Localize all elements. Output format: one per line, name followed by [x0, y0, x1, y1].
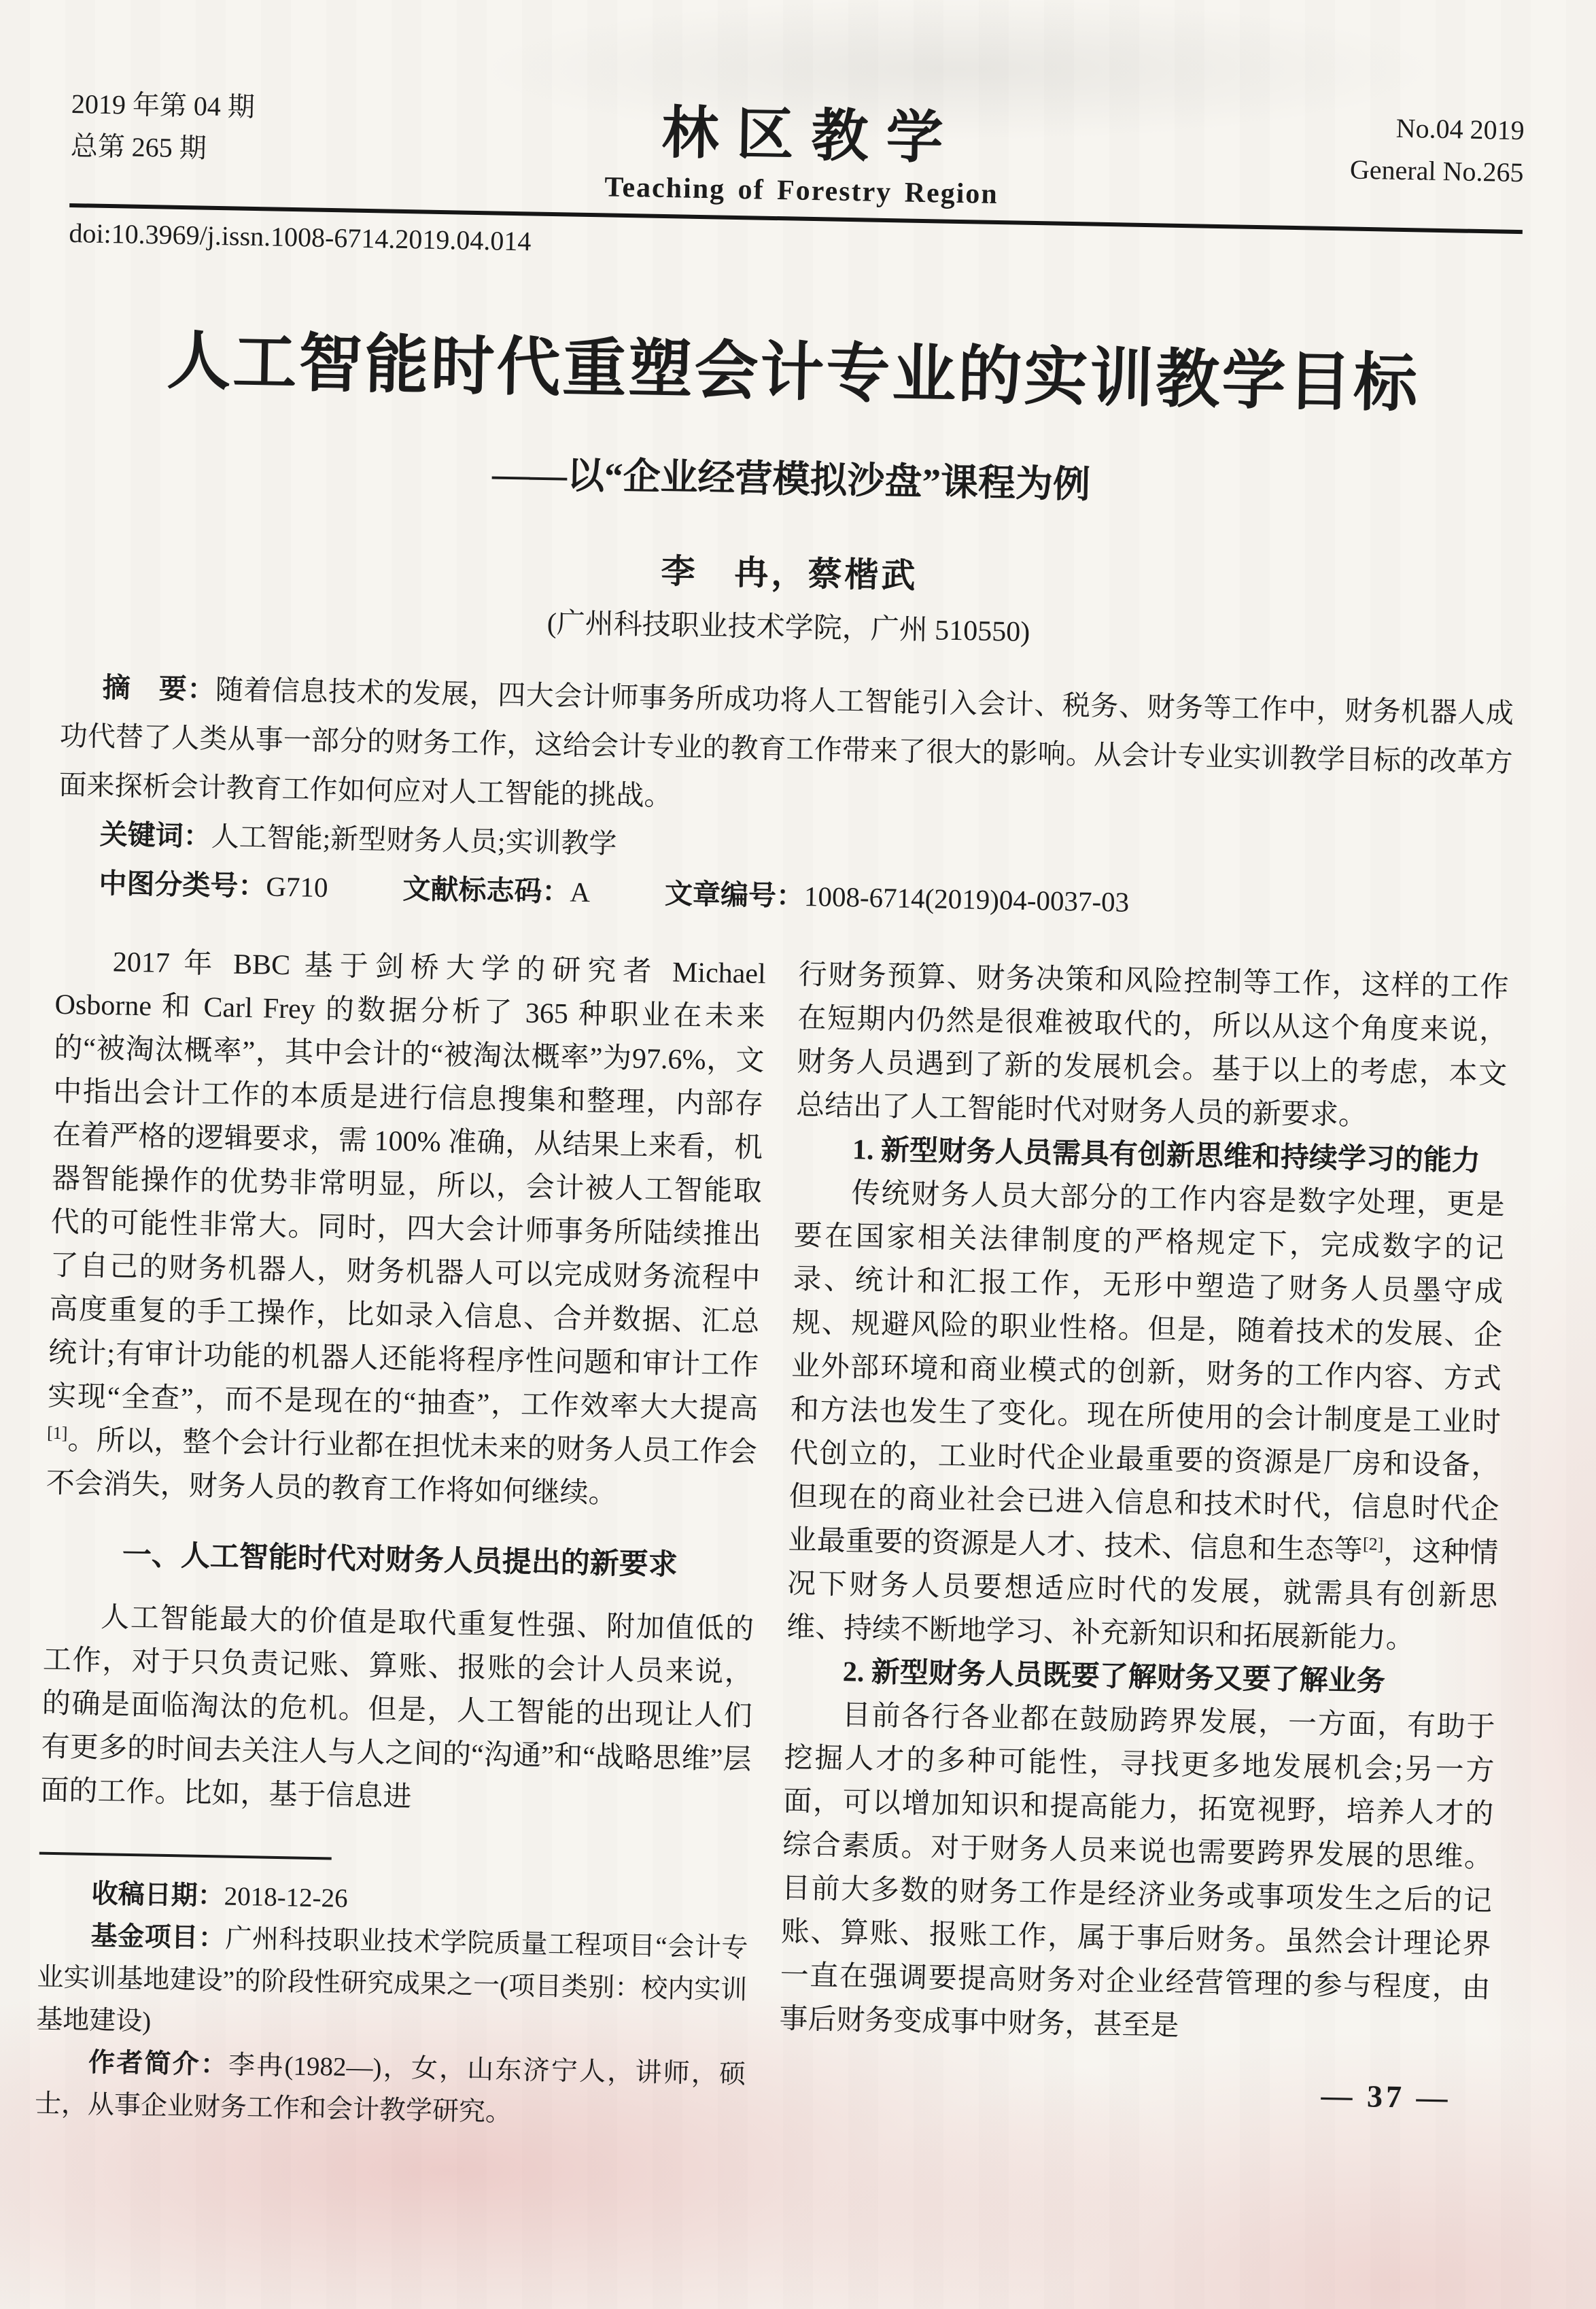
journal-name-en: Teaching of Forestry Region: [604, 171, 999, 211]
body-paragraph: 人工智能最大的价值是取代重复性强、附加值低的工作，对于只负责记账、算账、报账的会…: [40, 1595, 754, 1826]
document-code: 文献标志码：A: [402, 864, 591, 917]
right-column: 行财务预算、财务决策和风险控制等工作，这样的工作在短期内仍然是很难被取代的，所以…: [777, 953, 1509, 2152]
reference-marker-2: [2]: [1363, 1534, 1384, 1554]
footnote-block: 收稿日期：2018-12-26 基金项目：广州科技职业技术学院质量工程项目“会计…: [34, 1852, 749, 2138]
article-subtitle: ——以“企业经营模拟沙盘”课程为例: [65, 436, 1519, 516]
issue-info-cn: 2019 年第 04 期 总第 265 期: [70, 83, 255, 171]
journal-masthead: 林区教学 Teaching of Forestry Region: [604, 86, 1001, 211]
author-bio: 作者简介：李冉(1982—)，女，山东济宁人，讲师，硕士，从事企业财务工作和会计…: [34, 2041, 746, 2138]
body-paragraph: 行财务预算、财务决策和风险控制等工作，这样的工作在短期内仍然是很难被取代的，所以…: [796, 953, 1510, 1140]
issue-en-line1: No.04 2019: [1351, 107, 1525, 152]
body-paragraph: 目前各行各业都在鼓励跨界发展，一方面，有助于挖掘人才的多种可能性，寻找更多地发展…: [779, 1693, 1495, 2054]
keywords-text: 人工智能;新型财务人员;实训教学: [211, 821, 617, 859]
keywords-label: 关键词：: [99, 819, 211, 852]
issue-en-line2: General No.265: [1349, 148, 1524, 194]
abstract-label: 摘 要：: [102, 672, 215, 705]
issue-cn-line1: 2019 年第 04 期: [71, 83, 255, 129]
reference-marker-1: [1]: [47, 1423, 68, 1443]
abstract-text: 随着信息技术的发展，四大会计师事务所成功将人工智能引入会计、税务、财务等工作中，…: [58, 674, 1514, 811]
issue-info-en: No.04 2019 General No.265: [1349, 107, 1525, 194]
clc-number: 中图分类号：G710: [99, 859, 328, 912]
abstract: 摘 要：随着信息技术的发展，四大会计师事务所成功将人工智能引入会计、税务、财务等…: [58, 662, 1514, 836]
footnote-divider: [39, 1852, 332, 1860]
body-paragraph: 传统财务人员大部分的工作内容是数字处理，更是要在国家相关法律制度的严格规定下，完…: [786, 1171, 1505, 1662]
journal-page: 2019 年第 04 期 总第 265 期 林区教学 Teaching of F…: [0, 0, 1596, 2309]
article-id: 文章编号：1008-6714(2019)04-0037-03: [664, 869, 1129, 927]
page-content: 2019 年第 04 期 总第 265 期 林区教学 Teaching of F…: [0, 0, 1596, 2153]
journal-header: 2019 年第 04 期 总第 265 期 林区教学 Teaching of F…: [70, 83, 1525, 220]
page-number: — 37 —: [778, 2064, 1489, 2121]
body-paragraph: 2017 年 BBC 基于剑桥大学的研究者 Michael Osborne 和 …: [46, 940, 766, 1518]
journal-name-cn: 林区教学: [605, 86, 1001, 175]
article-title: 人工智能时代重塑会计专业的实训教学目标: [66, 307, 1521, 426]
left-column: 2017 年 BBC 基于剑桥大学的研究者 Michael Osborne 和 …: [34, 940, 766, 2138]
issue-cn-line2: 总第 265 期: [70, 125, 254, 171]
body-columns: 2017 年 BBC 基于剑桥大学的研究者 Michael Osborne 和 …: [34, 940, 1509, 2152]
section-heading-1: 一、人工智能时代对财务人员提出的新要求: [44, 1533, 755, 1589]
fund-project: 基金项目：广州科技职业技术学院质量工程项目“会计专业实训基地建设”的阶段性研究成…: [36, 1915, 748, 2054]
